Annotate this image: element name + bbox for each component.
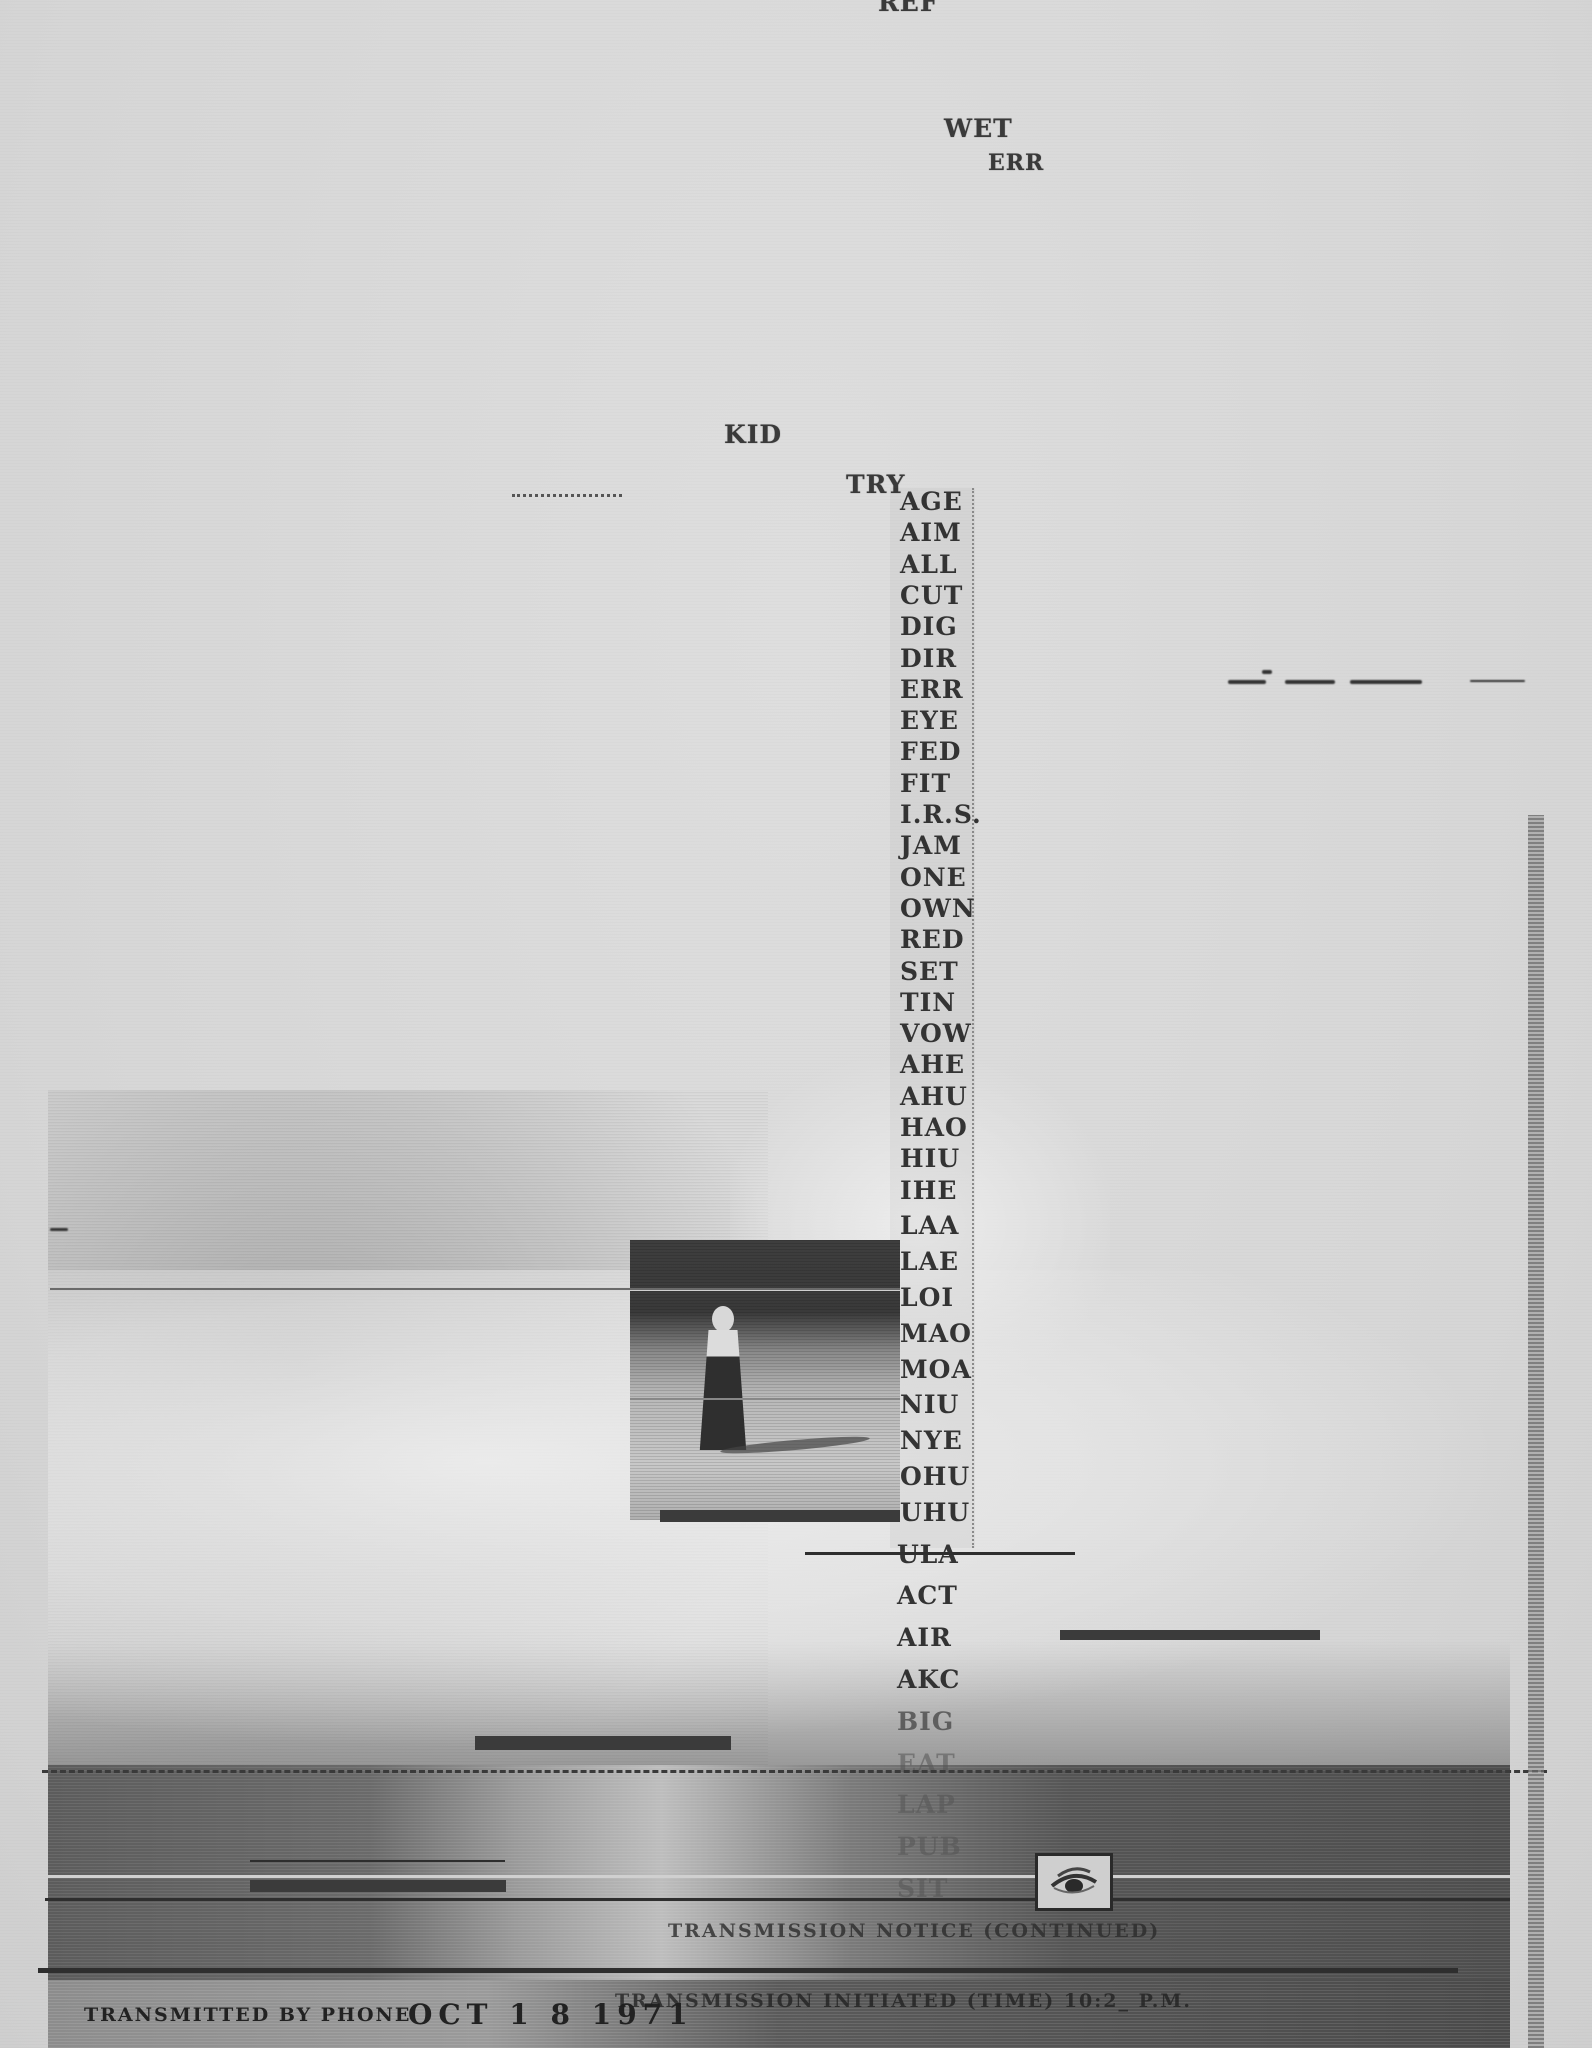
word-kid: KID xyxy=(724,420,782,449)
ink-smear xyxy=(1350,680,1422,684)
photo-bottom-bar xyxy=(660,1510,900,1522)
column-word: NYE xyxy=(900,1427,963,1455)
column-word: JAM xyxy=(900,832,962,860)
column-word: DIR xyxy=(900,645,957,673)
right-border-strip xyxy=(1528,815,1544,2048)
column-word: CUT xyxy=(900,582,963,610)
column-word: UHU xyxy=(900,1499,970,1527)
column-word: DIG xyxy=(900,613,958,641)
scan-line xyxy=(630,1398,900,1400)
column-word: SET xyxy=(900,958,959,986)
bottom-rule xyxy=(45,1898,1510,1901)
column-word: NIU xyxy=(900,1391,959,1419)
figure-body xyxy=(694,1330,752,1450)
redaction-bar-bottom xyxy=(250,1880,506,1892)
dashed-scan-line xyxy=(42,1770,1547,1773)
column-word: MOA xyxy=(900,1356,972,1384)
ink-smear xyxy=(1470,680,1525,682)
column-word: IHE xyxy=(900,1177,957,1205)
column-word: ONE xyxy=(900,864,967,892)
column-word: BIG xyxy=(897,1708,954,1736)
footer-divider xyxy=(38,1968,1458,1973)
ink-smear xyxy=(1228,680,1266,684)
column-word: I.R.S. xyxy=(900,801,982,829)
column-word: AIM xyxy=(900,519,962,547)
column-word: FED xyxy=(900,738,961,766)
column-word: PUB xyxy=(897,1833,962,1861)
thin-rule xyxy=(250,1860,505,1862)
column-word: AHU xyxy=(900,1083,968,1111)
column-word: RED xyxy=(900,926,965,954)
column-word: OWN xyxy=(900,895,976,923)
column-word: HAO xyxy=(900,1114,968,1142)
column-word: LAA xyxy=(900,1212,959,1240)
column-word: VOW xyxy=(900,1020,972,1048)
transmitted-by-label: TRANSMITTED BY PHONE xyxy=(84,2004,411,2026)
light-scan-line xyxy=(48,1875,1510,1878)
column-word: MAO xyxy=(900,1320,972,1348)
eye-icon xyxy=(1035,1853,1113,1911)
column-word: LAE xyxy=(900,1248,959,1276)
column-word: AKC xyxy=(897,1666,960,1694)
column-word: AIR xyxy=(897,1624,952,1652)
column-word: HIU xyxy=(900,1145,960,1173)
column-word: ACT xyxy=(897,1582,958,1610)
word-column-border xyxy=(972,488,974,1548)
ink-smear xyxy=(1285,680,1335,684)
word-ref: REF xyxy=(878,0,939,17)
column-word: FIT xyxy=(900,770,951,798)
column-word: LAP xyxy=(897,1791,956,1819)
word-err: ERR xyxy=(988,150,1044,176)
figure-head xyxy=(712,1306,734,1332)
halftone-photo xyxy=(630,1240,900,1520)
ink-dot xyxy=(1262,670,1272,674)
redaction-bar-right xyxy=(1060,1630,1320,1640)
column-word: AHE xyxy=(900,1051,965,1079)
transmission-notice: TRANSMISSION NOTICE (CONTINUED) xyxy=(668,1920,1160,1942)
column-word: ALL xyxy=(900,551,958,579)
rule-under-uhu xyxy=(805,1552,1075,1555)
transmission-time: TRANSMISSION INITIATED (TIME) 10:2_ P.M. xyxy=(615,1990,1192,2012)
faint-scan-line xyxy=(50,1288,900,1290)
word-wet: WET xyxy=(944,114,1013,143)
column-word: OHU xyxy=(900,1463,970,1491)
redaction-bar-left xyxy=(475,1736,731,1750)
column-word: AGE xyxy=(900,488,963,516)
column-word: EYE xyxy=(900,707,959,735)
column-word: ERR xyxy=(900,676,964,704)
dotted-leader-line xyxy=(512,494,622,497)
ink-dash xyxy=(50,1228,68,1231)
column-word: TIN xyxy=(900,989,956,1017)
column-word: LOI xyxy=(900,1284,954,1312)
column-word: EAT xyxy=(897,1750,956,1778)
